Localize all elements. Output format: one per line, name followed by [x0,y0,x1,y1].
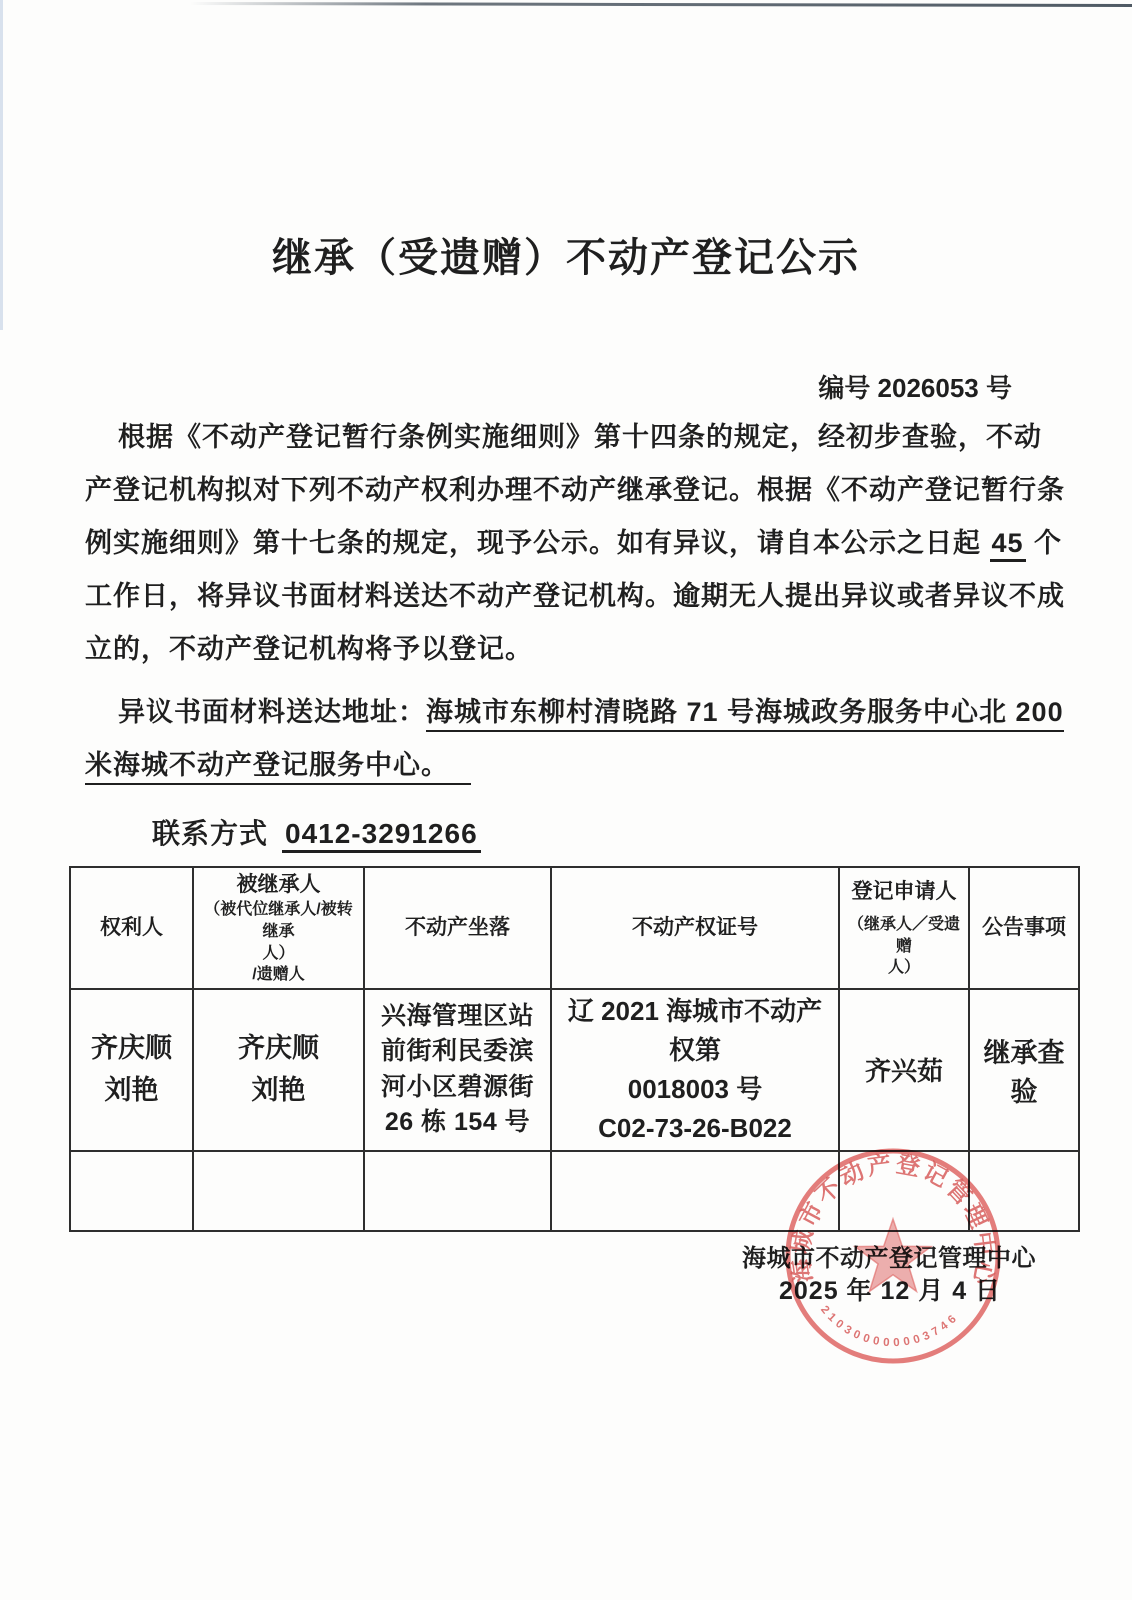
contact-line: 联系方式0412-3291266 [152,807,481,860]
header-sublabel: /遗赠人 [198,964,359,986]
header-label: 权利人 [100,916,163,939]
svg-text:210300000003746: 210300000003746 [818,1304,962,1350]
scan-artifact-top-edge [190,2,1132,7]
cert-number-line: 0018003 号 [556,1070,834,1109]
header-label: 不动产权证号 [632,916,758,939]
owner-name: 齐庆顺 [75,1028,188,1070]
owner-name: 刘艳 [75,1070,188,1112]
cell-cert-number: 辽 2021 海城市不动产权第 0018003 号 C02-73-26-B022 [551,989,839,1151]
official-seal: 海城市不动产登记管理中心 210300000003746 [778,1141,1008,1371]
header-label: 公告事项 [982,916,1066,939]
cell-owner: 齐庆顺 刘艳 [70,989,193,1151]
text-line: 产登记机构拟对下列不动产权利办理不动产继承登记。根据《不动产登记暂行条 [85,464,1045,517]
empty-cell [70,1151,193,1231]
header-owner: 权利人 [70,867,193,989]
text-line: 工作日，将异议书面材料送达不动产登记机构。逾期无人提出异议或者异议不成 [85,570,1045,623]
header-notice-item: 公告事项 [969,867,1079,989]
header-applicant: 登记申请人 （继承人／受遗赠 人） [839,867,969,989]
table-header-row: 权利人 被继承人 （被代位继承人/被转继承 人） /遗赠人 不动产坐落 不动产权… [70,867,1079,989]
header-sublabel: （被代位继承人/被转继承 [198,899,359,942]
header-label: 不动产坐落 [405,916,510,939]
seal-serial-number: 210300000003746 [818,1304,962,1350]
cell-decedent: 齐庆顺 刘艳 [193,989,364,1151]
header-decedent: 被继承人 （被代位继承人/被转继承 人） /遗赠人 [193,867,364,989]
contact-phone-underlined: 0412-3291266 [282,818,481,853]
table-data-row: 齐庆顺 刘艳 齐庆顺 刘艳 兴海管理区站前街利民委滨河小区碧源街 26 栋 15… [70,989,1079,1151]
header-label: 登记申请人 [844,877,964,906]
decedent-name: 齐庆顺 [198,1028,359,1070]
header-location: 不动产坐落 [364,867,551,989]
empty-cell [193,1151,364,1231]
paragraph-address: 异议书面材料送达地址：海城市东柳村清晓路 71 号海城政务服务中心北 200 米… [85,686,1045,792]
page-title: 继承（受遗赠）不动产登记公示 [0,226,1132,283]
text-segment: 个 [1026,528,1063,558]
header-label: 被继承人 [198,870,359,899]
text-line: 立的，不动产登记机构将予以登记。 [85,623,1045,676]
objection-days-underlined: 45 [990,528,1026,562]
scanned-notice-page: 继承（受遗赠）不动产登记公示 编号 2026053 号 根据《不动产登记暂行条例… [0,0,1132,1600]
text-line: 根据《不动产登记暂行条例实施细则》第十四条的规定，经初步查验，不动 [85,411,1045,464]
seal-star-icon [855,1219,931,1291]
cell-notice-item: 继承查验 [969,989,1079,1151]
header-cert-number: 不动产权证号 [551,867,839,989]
header-sublabel: （继承人／受遗赠 [844,914,964,957]
header-sublabel: 人） [844,957,964,979]
address-label: 异议书面材料送达地址： [118,697,426,727]
delivery-address-underlined: 米海城不动产登记服务中心。 [85,750,471,785]
text-line: 异议书面材料送达地址：海城市东柳村清晓路 71 号海城政务服务中心北 200 [85,686,1045,739]
delivery-address-underlined: 海城市东柳村清晓路 71 号海城政务服务中心北 200 [426,697,1064,732]
text-segment: 例实施细则》第十七条的规定，现予公示。如有异议，请自本公示之日起 [85,528,990,558]
header-sublabel: 人） [198,943,359,965]
cell-applicant: 齐兴茹 [839,989,969,1151]
decedent-name: 刘艳 [198,1070,359,1112]
empty-cell [364,1151,551,1231]
cell-property-location: 兴海管理区站前街利民委滨河小区碧源街 26 栋 154 号 [364,989,551,1151]
text-line: 米海城不动产登记服务中心。 [85,739,1045,792]
doc-number: 编号 2026053 号 [818,368,1012,405]
cert-number-line: 辽 2021 海城市不动产权第 [556,992,834,1070]
contact-label: 联系方式 [152,818,268,849]
text-line: 例实施细则》第十七条的规定，现予公示。如有异议，请自本公示之日起 45 个 [85,517,1045,570]
paragraph-regulation: 根据《不动产登记暂行条例实施细则》第十四条的规定，经初步查验，不动 产登记机构拟… [85,411,1045,676]
